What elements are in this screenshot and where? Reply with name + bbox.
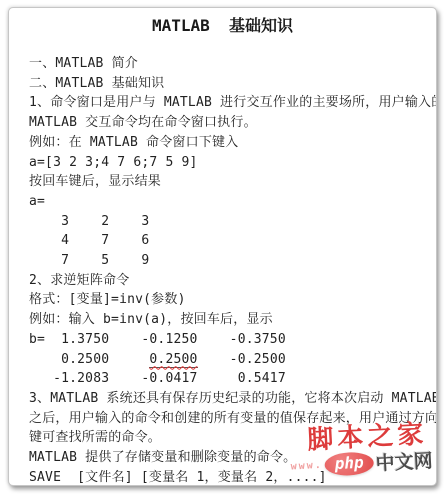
page-title: MATLAB 基础知识 <box>29 14 416 38</box>
spellcheck-underlined-value: 0.2500 <box>149 352 197 368</box>
doc-line: 之后，用户输入的命令和创建的所有变量的值保存起来，用户通过方向 <box>29 409 430 429</box>
doc-line: 2、求逆矩阵命令 <box>29 271 430 291</box>
doc-line: 例如：输入 b=inv(a)，按回车后，显示 <box>29 310 430 330</box>
matrix-row: 0.2500 0.2500 -0.2500 <box>29 350 430 370</box>
matrix-cell: 0.2500 <box>29 352 149 367</box>
doc-line: 1、命令窗口是用户与 MATLAB 进行交互作业的主要场所，用户输入的 <box>29 93 430 113</box>
document-body: 一、MATLAB 简介 二、MATLAB 基础知识 1、命令窗口是用户与 MAT… <box>29 54 430 486</box>
matrix-row: 4 7 6 <box>29 231 430 251</box>
doc-line-code: a=[3 2 3;4 7 6;7 5 9] <box>29 153 430 173</box>
document-page: MATLAB 基础知识 一、MATLAB 简介 二、MATLAB 基础知识 1、… <box>8 7 437 486</box>
doc-line-code: a= <box>29 192 430 212</box>
doc-line: 按回车键后，显示结果 <box>29 172 430 192</box>
doc-line: MATLAB 提供了存储变量和删除变量的命令。 <box>29 448 430 468</box>
doc-line: MATLAB 交互命令均在命令窗口执行。 <box>29 113 430 133</box>
matrix-row: -1.2083 -0.0417 0.5417 <box>29 369 430 389</box>
doc-line: 二、MATLAB 基础知识 <box>29 74 430 94</box>
matrix-row: b= 1.3750 -0.1250 -0.3750 <box>29 330 430 350</box>
doc-line: 键可查找所需的命令。 <box>29 428 430 448</box>
doc-line: 例如：在 MATLAB 命令窗口下键入 <box>29 133 430 153</box>
doc-line-code: SAVE [文件名] [变量名 1，变量名 2，....] <box>29 468 430 486</box>
matrix-row: 7 5 9 <box>29 251 430 271</box>
doc-line: 3、MATLAB 系统还具有保存历史纪录的功能，它将本次启动 MATLAB 系统 <box>29 389 430 409</box>
matrix-cell: -0.2500 <box>198 352 286 367</box>
matrix-row: 3 2 3 <box>29 212 430 232</box>
doc-line: 一、MATLAB 简介 <box>29 54 430 74</box>
doc-line: 格式：[变量]=inv(参数) <box>29 290 430 310</box>
